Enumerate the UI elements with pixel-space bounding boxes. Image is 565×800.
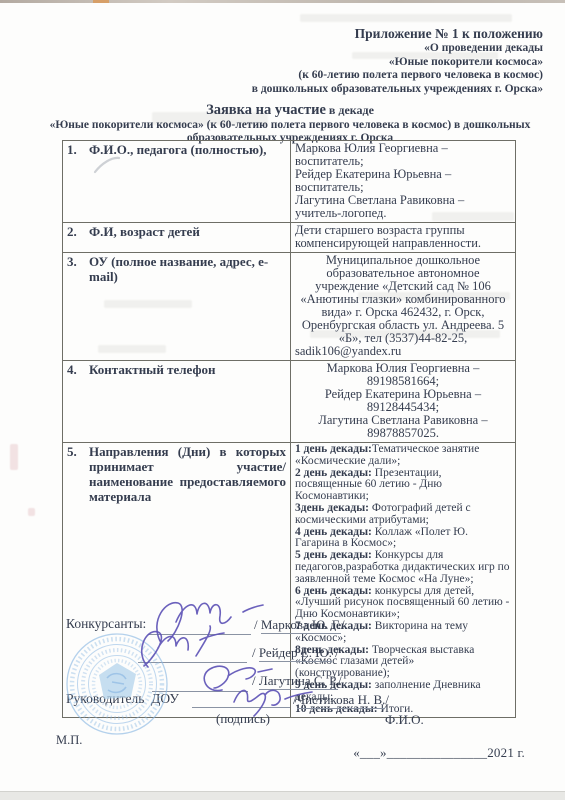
appendix-line: «О проведении декады — [252, 42, 543, 56]
appendix-block: Приложение № 1 к положению «О проведении… — [252, 26, 543, 96]
day-label: 1 день декады: — [295, 443, 372, 455]
contestant-name-3: / Лагутина С. Р./ — [252, 673, 342, 689]
row-label: Контактный телефон — [89, 362, 286, 377]
row1-label-cell: 1. Ф.И.О., педагога (полностью), — [63, 141, 291, 223]
row-number: 5. — [67, 444, 89, 504]
appendix-line: «Юные покорители космоса» — [252, 56, 543, 70]
appendix-line: в дошкольных образовательных учреждениях… — [252, 83, 543, 97]
page-title-main: Заявка на участие — [206, 102, 326, 118]
contestants-label: Конкурсанты: — [66, 616, 146, 632]
contestant-name-1: / Маркова Ю. Г./ — [254, 617, 345, 633]
signature-line — [138, 661, 247, 663]
appendix-line: (к 60-летию полета первого человека в ко… — [252, 69, 543, 83]
row-number: 2. — [67, 224, 89, 239]
slash: / — [341, 617, 345, 632]
row-number: 3. — [67, 254, 89, 284]
day-entry: 5 день декады: Конкурсы для педагогов,ра… — [295, 550, 511, 585]
day-label: 3день декады: — [295, 502, 369, 514]
row-label: ОУ (полное название, адрес, e-mail) — [89, 254, 286, 284]
day-label: 6 день декады: — [295, 585, 372, 597]
slash: / — [254, 617, 261, 632]
bleed-through-artifact — [300, 14, 512, 22]
appendix-line: Приложение № 1 к положению — [252, 26, 543, 42]
head-name-text: Чистикова Н. В. — [297, 692, 386, 709]
document-title-block: Заявка на участие в декаде «Юные покорит… — [15, 101, 565, 144]
day-label: 5 день декады: — [295, 549, 372, 561]
contestant-name-text: Рейдер Е. Ю. — [259, 645, 332, 662]
bleed-through-artifact — [28, 508, 35, 516]
table-row-fio: 1. Ф.И.О., педагога (полностью), Маркова… — [63, 141, 516, 223]
slash: / — [385, 692, 389, 707]
row-label: Направления (Дни) в которых принимает уч… — [89, 444, 286, 504]
page-title-tail: в декаде — [326, 103, 374, 117]
value-line: Лагутина Светлана Равиковна – 8987885702… — [295, 414, 511, 440]
table-row-phones: 4. Контактный телефон Маркова Юлия Георг… — [63, 361, 516, 443]
slash: / — [252, 673, 259, 688]
value-line: Маркова Юлия Георгиевна – воспитатель; — [295, 142, 511, 168]
value-line: Лагутина Светлана Равиковна – учитель-ло… — [295, 194, 511, 220]
day-entry: 1 день декады:Тематическое занятие «Косм… — [295, 444, 511, 468]
scan-edge-top — [0, 0, 565, 3]
fio-caption: Ф.И.О. — [385, 712, 424, 728]
row1-value-cell: Маркова Юлия Георгиевна – воспитатель; Р… — [291, 141, 516, 223]
scanned-application-document: Приложение № 1 к положению «О проведении… — [0, 0, 565, 800]
slash: / — [332, 645, 339, 660]
day-entry: 3день декады: Фотографий детей с космиче… — [295, 503, 511, 527]
page-subtitle-line1: «Юные покорители космоса» (к 60-летию по… — [15, 119, 565, 132]
contestant-name-2: / Рейдер Е. Ю. / — [252, 645, 339, 661]
page-title: Заявка на участие в декаде — [15, 101, 565, 119]
slash: / — [252, 645, 259, 660]
row-number: 4. — [67, 362, 89, 377]
head-name: /Чистикова Н. В./ — [293, 692, 389, 708]
row3-label-cell: 3. ОУ (полное название, адрес, e-mail) — [63, 253, 291, 361]
row2-label-cell: 2. Ф.И, возраст детей — [63, 223, 291, 253]
day-entry: 6 день декады: конкурсы для детей, «Лучш… — [295, 586, 511, 621]
row-label: Ф.И.О., педагога (полностью), — [89, 142, 286, 157]
value-line: Рейдер Екатерина Юрьевна – 89128445434; — [295, 388, 511, 414]
signature-line — [192, 706, 290, 708]
row4-label-cell: 4. Контактный телефон — [63, 361, 291, 443]
contestant-name-text: Маркова Ю. Г. — [261, 617, 341, 634]
signature-line — [148, 633, 251, 635]
day-entry: 2 день декады: Презентации, посвященные … — [295, 468, 511, 503]
date-line: «___»_______________2021 г. — [353, 745, 525, 761]
row2-value-cell: Дети старшего возраста группы компенсиру… — [291, 223, 516, 253]
slash: / — [338, 673, 342, 688]
value-line: Рейдер Екатерина Юрьевна – воспитатель; — [295, 168, 511, 194]
row-label: Ф.И, возраст детей — [89, 224, 286, 239]
institution-email: sadik106@yandex.ru — [295, 345, 511, 358]
seal-place-label: М.П. — [56, 733, 82, 748]
row3-value-cell: Муниципальное дошкольное образовательное… — [291, 253, 516, 361]
signature-caption: (подпись) — [216, 711, 270, 727]
scan-edge-bottom — [0, 791, 565, 800]
value-line: Дети старшего возраста группы компенсиру… — [295, 224, 511, 250]
bleed-through-artifact — [10, 444, 18, 470]
table-row-institution: 3. ОУ (полное название, адрес, e-mail) М… — [63, 253, 516, 361]
institution-address: Муниципальное дошкольное образовательное… — [295, 254, 511, 345]
day-entry: 4 день декады: Коллаж «Полет Ю. Гагарина… — [295, 527, 511, 551]
scan-edge-speck — [93, 0, 109, 3]
head-of-institution-label: Руководитель ДОУ — [66, 691, 179, 707]
table-row-children: 2. Ф.И, возраст детей Дети старшего возр… — [63, 223, 516, 253]
row4-value-cell: Маркова Юлия Георгиевна – 89198581664; Р… — [291, 361, 516, 443]
day-label: 4 день декады: — [295, 526, 372, 538]
row-number: 1. — [67, 142, 89, 157]
day-label: 2 день декады: — [295, 467, 372, 479]
contestant-name-text: Лагутина С. Р. — [259, 673, 338, 690]
value-line: Маркова Юлия Георгиевна – 89198581664; — [295, 362, 511, 388]
